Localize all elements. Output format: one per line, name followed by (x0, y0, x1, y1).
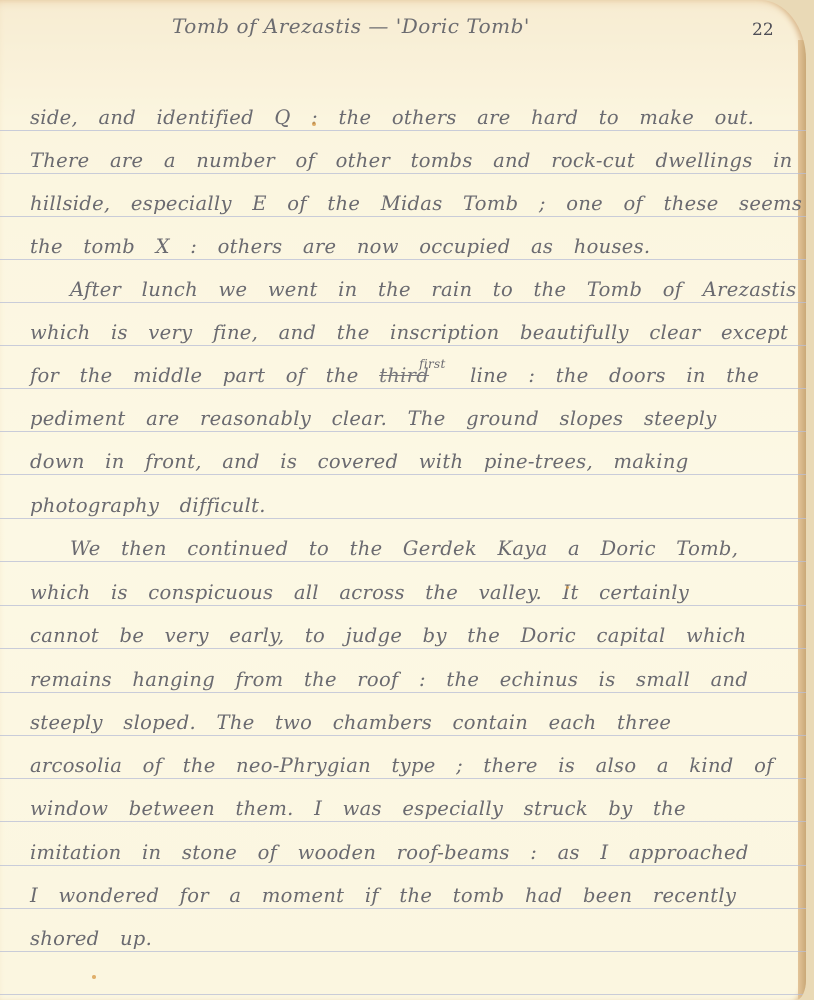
text-line: After lunch we went in the rain to the T… (70, 278, 806, 301)
text-line: the tomb X : others are now occupied as … (30, 235, 650, 258)
paper-stain (312, 122, 316, 126)
text-line: side, and identified Q : the others are … (30, 106, 754, 129)
ruled-line (0, 474, 806, 475)
paper-stain (92, 975, 96, 979)
text-fragment: line : the doors in the (470, 364, 759, 387)
notebook-page: Tomb of Arezastis — 'Doric Tomb' 22 side… (0, 0, 806, 1000)
text-line: which is conspicuous all across the vall… (30, 581, 689, 604)
ruled-line (0, 431, 806, 432)
ruled-line (0, 735, 806, 736)
text-line: There are a number of other tombs and ro… (30, 149, 806, 172)
text-line-with-correction: for the middle part of the thirdfirst li… (30, 364, 759, 387)
ruled-line (0, 388, 806, 389)
page-heading: Tomb of Arezastis — 'Doric Tomb' (172, 14, 530, 38)
page-number: 22 (752, 20, 774, 40)
ruled-line (0, 908, 806, 909)
text-line: pediment are reasonably clear. The groun… (30, 407, 717, 430)
ruled-line (0, 865, 806, 866)
text-line: remains hanging from the roof : the echi… (30, 668, 748, 691)
ruled-line (0, 130, 806, 131)
ruled-line (0, 648, 806, 649)
ruled-line (0, 605, 806, 606)
paper-stain (566, 586, 569, 589)
ruled-line (0, 692, 806, 693)
text-line: We then continued to the Gerdek Kaya a D… (70, 537, 738, 560)
text-line: down in front, and is covered with pine-… (30, 450, 688, 473)
ruled-line (0, 561, 806, 562)
text-line: steeply sloped. The two chambers contain… (30, 711, 671, 734)
ruled-line (0, 778, 806, 779)
ruled-line (0, 994, 806, 995)
ruled-line (0, 302, 806, 303)
text-line: window between them. I was especially st… (30, 797, 686, 820)
text-line: photography difficult. (30, 494, 266, 517)
ruled-line (0, 173, 806, 174)
text-line: I wondered for a moment if the tomb had … (30, 884, 736, 907)
text-fragment: for the middle part of the (30, 364, 359, 387)
ruled-line (0, 259, 806, 260)
text-line: imitation in stone of wooden roof-beams … (30, 841, 749, 864)
ruled-line (0, 345, 806, 346)
text-line: cannot be very early, to judge by the Do… (30, 624, 747, 647)
ruled-line (0, 951, 806, 952)
text-line: hillside, especially E of the Midas Tomb… (30, 192, 806, 215)
text-line: which is very fine, and the inscription … (30, 321, 788, 344)
ruled-line (0, 821, 806, 822)
text-line: shored up. (30, 927, 152, 950)
inserted-word: first (419, 357, 446, 371)
ruled-line (0, 518, 806, 519)
page-edge (798, 40, 806, 1000)
ruled-line (0, 216, 806, 217)
text-line: arcosolia of the neo-Phrygian type ; the… (30, 754, 774, 777)
